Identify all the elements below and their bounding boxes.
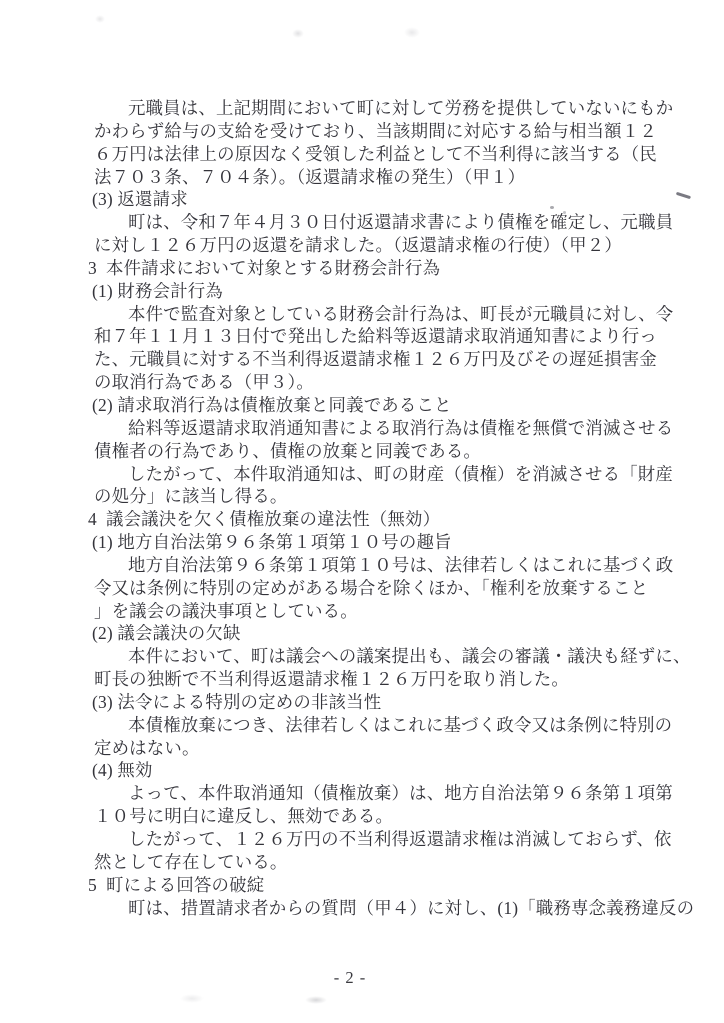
text-line: の処分」に該当し得る。 <box>0 485 724 508</box>
text-line: １０号に明白に違反し、無効である。 <box>0 805 724 828</box>
text-line: 本件において、町は議会への議案提出も、議会の審議・議決も経ずに、 <box>0 645 724 668</box>
scan-smudge <box>305 996 327 1004</box>
text-line: したがって、１２６万円の不当利得返還請求権は消滅しておらず、依 <box>0 828 724 851</box>
text-line: 町は、措置請求者からの質問（甲４）に対し、(1)「職務専念義務違反の <box>0 897 724 920</box>
document-lines: 元職員は、上記期間において町に対して労務を提供していないにもかかわらず給与の支給… <box>0 97 724 919</box>
text-line: 和７年１１月１３日付で発出した給料等返還請求取消通知書により行っ <box>0 325 724 348</box>
text-line: の取消行為である（甲３）。 <box>0 371 724 394</box>
scan-smudge <box>404 27 420 38</box>
text-line: 町長の独断で不当利得返還請求権１２６万円を取り消した。 <box>0 668 724 691</box>
text-line: 定めはない。 <box>0 737 724 760</box>
text-line: 法７０３条、７０４条）。（返還請求権の発生）（甲１） <box>0 166 724 189</box>
text-line: (2) 議会議決の欠缺 <box>0 622 724 645</box>
text-line: 本債権放棄につき、法律若しくはこれに基づく政令又は条例に特別の <box>0 714 724 737</box>
text-line: (4) 無効 <box>0 759 724 782</box>
text-line: (2) 請求取消行為は債権放棄と同義であること <box>0 394 724 417</box>
text-line: したがって、本件取消通知は、町の財産（債権）を消滅させる「財産 <box>0 463 724 486</box>
text-line: 地方自治法第９６条第１項第１０号は、法律若しくはこれに基づく政 <box>0 554 724 577</box>
scan-smudge <box>180 994 204 1003</box>
scanned-document-page: 元職員は、上記期間において町に対して労務を提供していないにもかかわらず給与の支給… <box>0 0 724 1023</box>
text-line: 3 本件請求において対象とする財務会計行為 <box>0 257 724 280</box>
text-line: 然として存在している。 <box>0 851 724 874</box>
text-line: 給料等返還請求取消通知書による取消行為は債権を無償で消滅させる <box>0 417 724 440</box>
text-line: 元職員は、上記期間において町に対して労務を提供していないにもか <box>0 97 724 120</box>
text-line: 」を議会の議決事項としている。 <box>0 600 724 623</box>
text-line: 令又は条例に特別の定めがある場合を除くほか、「権利を放棄すること <box>0 577 724 600</box>
scan-smudge <box>95 15 105 23</box>
text-line: (1) 財務会計行為 <box>0 280 724 303</box>
text-line: 債権者の行為であり、債権の放棄と同義である。 <box>0 440 724 463</box>
text-line: ６万円は法律上の原因なく受領した利益として不当利得に該当する（民 <box>0 143 724 166</box>
text-line: かわらず給与の支給を受けており、当該期間に対応する給与相当額１２ <box>0 120 724 143</box>
text-line: 町は、令和７年４月３０日付返還請求書により債権を確定し、元職員 <box>0 211 724 234</box>
text-line: (3) 法令による特別の定めの非該当性 <box>0 691 724 714</box>
text-line: (3) 返還請求 <box>0 188 724 211</box>
scan-smudge <box>292 29 304 38</box>
text-line: 5 町による回答の破綻 <box>0 874 724 897</box>
text-line: 4 議会議決を欠く債権放棄の違法性（無効） <box>0 508 724 531</box>
text-line: (1) 地方自治法第９６条第１項第１０号の趣旨 <box>0 531 724 554</box>
text-line: に対し１２６万円の返還を請求した。（返還請求権の行使）（甲２） <box>0 234 724 257</box>
text-line: た、元職員に対する不当利得返還請求権１２６万円及びその遅延損害金 <box>0 348 724 371</box>
text-line: よって、本件取消通知（債権放棄）は、地方自治法第９６条第１項第 <box>0 782 724 805</box>
page-number: - 2 - <box>0 968 700 988</box>
text-line: 本件で監査対象としている財務会計行為は、町長が元職員に対し、令 <box>0 303 724 326</box>
